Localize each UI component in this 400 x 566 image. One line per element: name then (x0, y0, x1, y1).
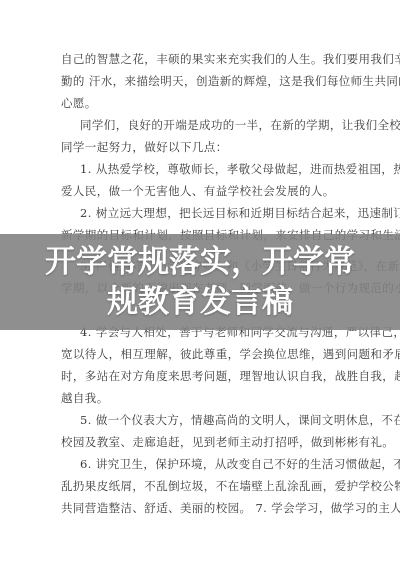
text-line-7: 爱人民，做一个无害他人、有益学校社会发展的人。 (61, 184, 341, 198)
title-banner: 开学常规落实，开学常 规教育发言稿 (0, 234, 400, 330)
text-line-17: 校园及教室、走廊追赶，见到老师主动打招呼，做到彬彬有礼。 (61, 435, 341, 449)
text-line-18: 6. 讲究卫生，保护环境，从改变自己不好的生活习惯做起，不 (80, 457, 360, 471)
text-line-1: 自己的智慧之花，丰硕的果实来充实我们的人生。我们要用我们辛 (61, 52, 341, 66)
text-line-4: 同学们，良好的开端是成功的一半，在新的学期，让我们全校 (80, 118, 360, 132)
text-line-13: 宽以待人，相互理解，彼此尊重，学会换位思维，遇到问题和矛盾 (61, 347, 341, 361)
banner-title-line-1: 开学常规落实，开学常 (45, 242, 355, 282)
text-line-16: 5. 做一个仪表大方，情趣高尚的文明人，课间文明休息，不在 (80, 413, 360, 427)
text-line-6: 1. 从热爱学校，尊敬师长，孝敬父母做起，进而热爱祖国，热 (80, 162, 360, 176)
banner-title: 开学常规落实，开学常 规教育发言稿 (0, 234, 400, 330)
banner-title-line-2: 规教育发言稿 (107, 282, 293, 322)
text-line-20: 共同营造整洁、舒适、美丽的校园。 7. 学会学习，做学习的主人， (61, 501, 341, 515)
text-line-8: 2. 树立远大理想，把长远目标和近期目标结合起来，迅速制订 (80, 206, 360, 220)
text-line-2: 勤的 汗水，来描绘明天，创造新的辉煌，这是我们每位师生共同的 (61, 74, 341, 88)
text-line-3: 心愿。 (61, 96, 341, 110)
text-line-5: 同学一起努力，做好以下几点： (61, 140, 341, 154)
text-line-14: 时，多站在对方角度来思考问题，理智地认识自我，战胜自我，超 (61, 369, 341, 383)
text-line-15: 越自我。 (61, 391, 341, 405)
text-line-19: 乱扔果皮纸屑，不乱倒垃圾，不在墙壁上乱涂乱画，爱护学校公物， (61, 479, 341, 493)
